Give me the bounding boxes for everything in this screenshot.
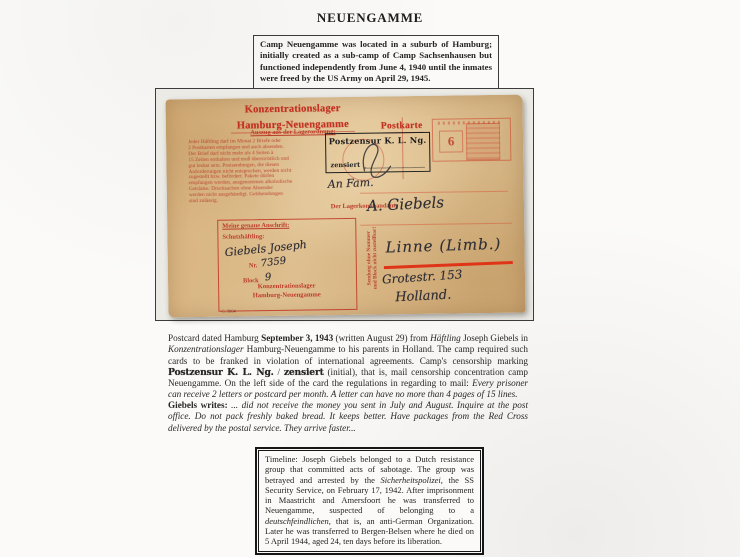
- delivery-note-vertical: Sendung ohne Nummerund Block nicht zuste…: [366, 212, 382, 304]
- giebels-quote-paragraph: Giebels writes: ... did not receive the …: [168, 400, 528, 434]
- recipient-name-handwriting: A. Giebels: [367, 193, 445, 215]
- meter-eagle-ornament: [466, 123, 501, 160]
- sender-block-handwriting: 9: [265, 272, 272, 283]
- meter-value: 6: [440, 131, 462, 150]
- timeline-box: Timeline: Joseph Giebels belonged to a D…: [255, 447, 484, 555]
- sender-camp-line2: Hamburg-Neuengamme: [219, 290, 354, 300]
- postcard: Konzentrationslager Hamburg-Neuengamme A…: [165, 95, 525, 318]
- address-line-2: [360, 223, 512, 226]
- sender-box-heading: Meine genaue Anschrift:: [222, 222, 289, 230]
- sender-name-handwriting: Giebels Joseph: [224, 238, 307, 259]
- prisoner-label: Schutzhäftling:: [222, 233, 264, 241]
- sender-box: Meine genaue Anschrift: Schutzhäftling: …: [217, 218, 357, 312]
- printer-mark: C. 3064: [221, 309, 235, 314]
- recipient-town-handwriting: Linne (Limb.): [385, 235, 501, 257]
- album-page: { "page": { "title": "NEUENGAMME", "intr…: [0, 0, 740, 557]
- description-paragraph: Postcard dated Hamburg September 3, 1943…: [168, 333, 528, 401]
- intro-text: Camp Neuengamme was located in a suburb …: [260, 39, 492, 83]
- sender-camp-name: Konzentrationslager Hamburg-Neuengamme: [219, 282, 354, 301]
- intro-box: Camp Neuengamme was located in a suburb …: [253, 35, 499, 90]
- recipient-family-handwriting: An Fam.: [327, 176, 373, 191]
- page-title: NEUENGAMME: [0, 10, 740, 26]
- meter-value-frame: 6: [439, 130, 463, 152]
- number-label: Nr.: [249, 262, 258, 269]
- recipient-street-handwriting: Grotestr. 153: [382, 267, 463, 286]
- recipient-country-handwriting: Holland.: [395, 288, 452, 306]
- meter-stamp: 6: [432, 118, 512, 162]
- postcard-frame: Konzentrationslager Hamburg-Neuengamme A…: [155, 88, 534, 321]
- timeline-text: Timeline: Joseph Giebels belonged to a D…: [258, 450, 481, 552]
- sender-number-handwriting: 7359: [260, 256, 287, 270]
